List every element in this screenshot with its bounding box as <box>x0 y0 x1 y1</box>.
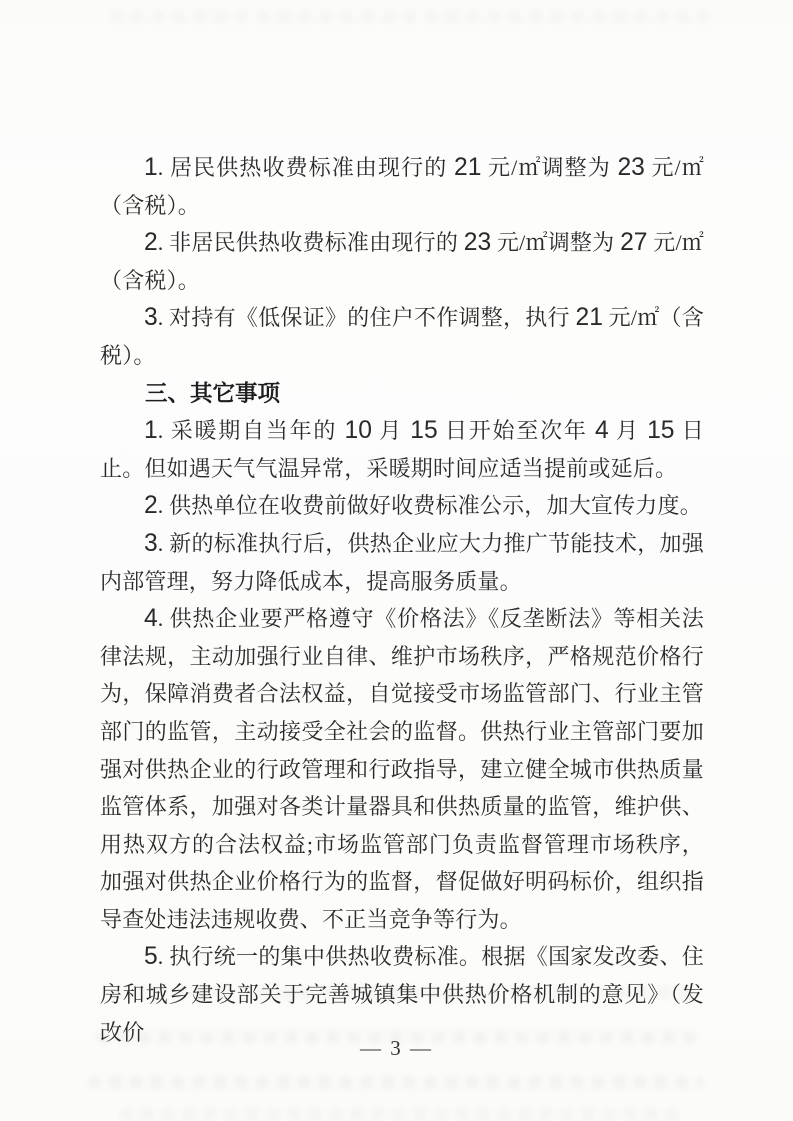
paragraph-fee-publicity: 2. 供热单位在收费前做好收费标准公示，加大宣传力度。 <box>100 487 704 525</box>
section-heading-other-matters: 三、其它事项 <box>100 375 704 413</box>
paragraph-nonresidential-fee-standard: 2. 非居民供热收费标准由现行的 23 元/㎡调整为 27 元/㎡（含税）。 <box>100 224 704 299</box>
paragraph-lowincome-household-fee: 3. 对持有《低保证》的住户不作调整，执行 21 元/㎡（含税）。 <box>100 299 704 374</box>
paragraph-heating-period: 1. 采暖期自当年的 10 月 15 日开始至次年 4 月 15 日止。但如遇天… <box>100 412 704 487</box>
scanned-document-page: 1. 居民供热收费标准由现行的 21 元/㎡调整为 23 元/㎡（含税）。 2.… <box>0 0 793 1121</box>
document-body: 1. 居民供热收费标准由现行的 21 元/㎡调整为 23 元/㎡（含税）。 2.… <box>100 149 704 1051</box>
paragraph-regulation-supervision: 4. 供热企业要严格遵守《价格法》《反垄断法》等相关法律法规，主动加强行业自律、… <box>100 600 704 938</box>
scan-bleedthrough-smudge <box>120 1108 680 1121</box>
scan-bleedthrough-smudge <box>88 1076 704 1089</box>
paragraph-residential-fee-standard: 1. 居民供热收费标准由现行的 21 元/㎡调整为 23 元/㎡（含税）。 <box>100 149 704 224</box>
scan-bleedthrough-smudge <box>110 10 710 23</box>
page-number: — 3 — <box>0 1036 793 1061</box>
paragraph-unified-fee-standard: 5. 执行统一的集中供热收费标准。根据《国家发改委、住房和城乡建设部关于完善城镇… <box>100 938 704 1051</box>
paragraph-energy-saving: 3. 新的标准执行后，供热企业应大力推广节能技术，加强内部管理，努力降低成本，提… <box>100 525 704 600</box>
